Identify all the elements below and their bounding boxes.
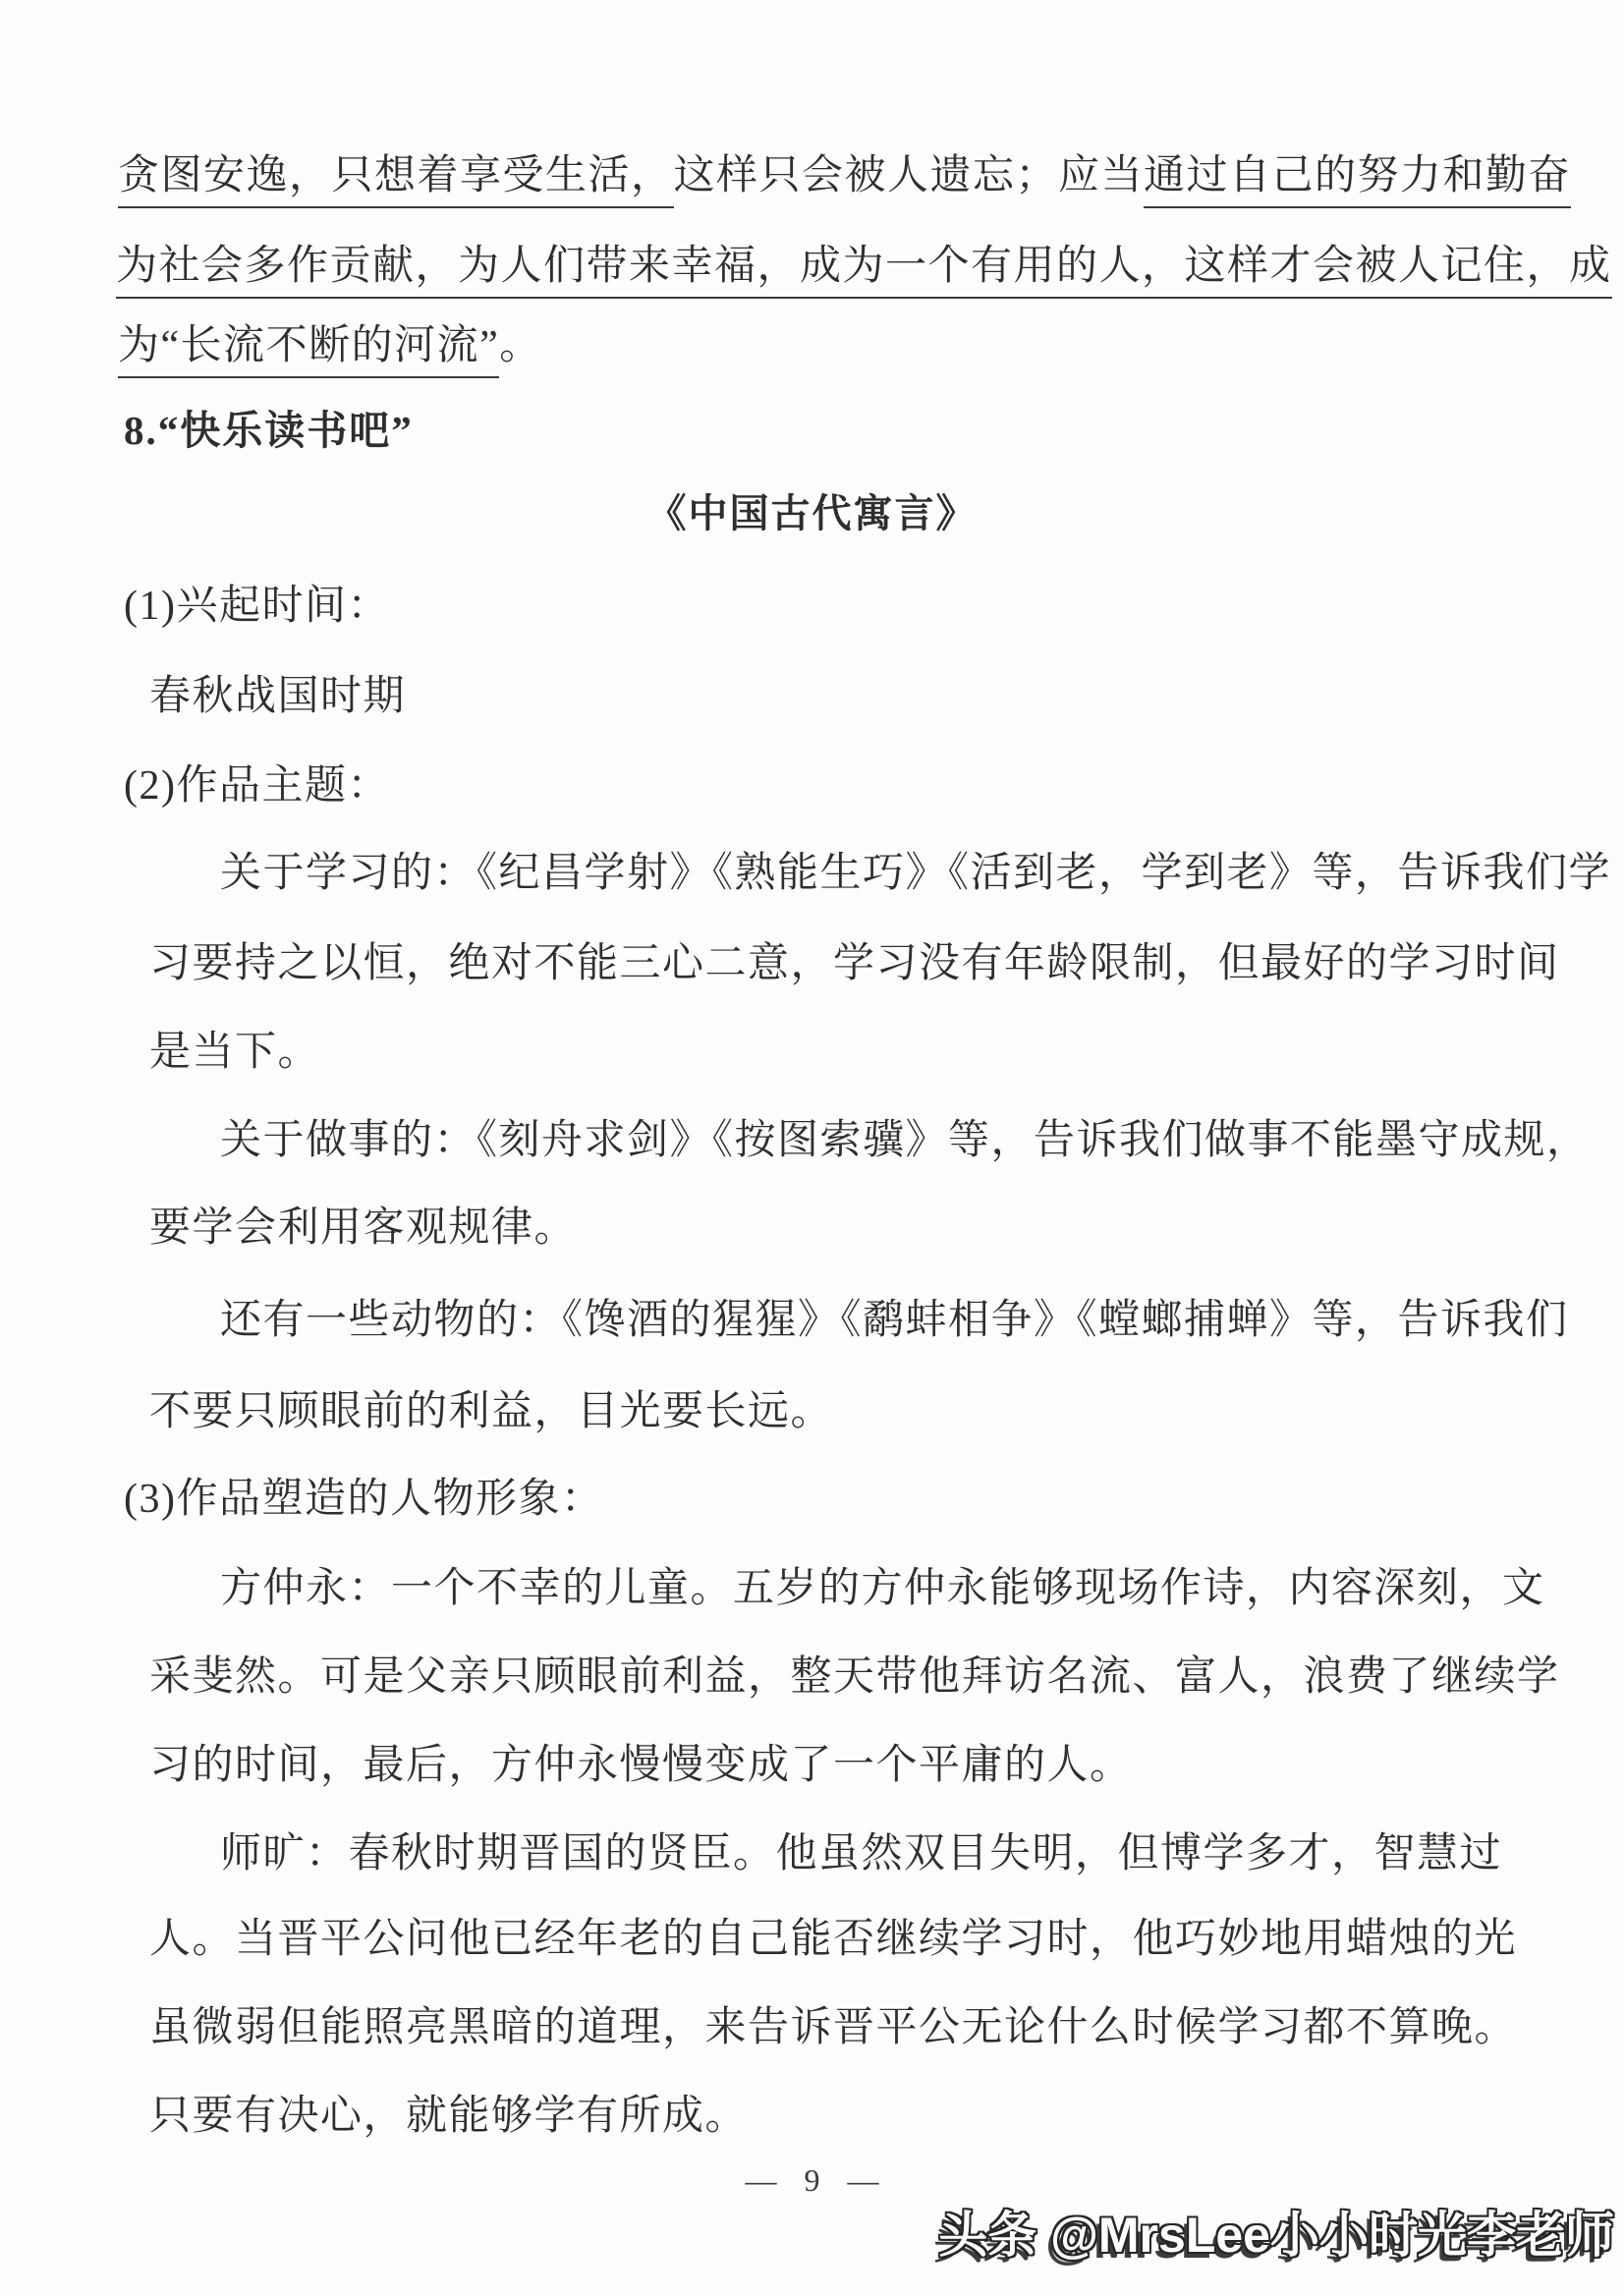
plain-text: 。 [499, 323, 542, 368]
answer-line: 不要只顾眼前的利益，目光要长远。 [149, 1391, 833, 1432]
answer-line: 只要有决心，就能够学有所成。 [149, 2096, 748, 2137]
answer-line: 虽微弱但能照亮黑暗的道理，来告诉晋平公无论什么时候学习都不算晚。 [149, 2007, 1517, 2048]
plain-text: 这样只会被人遗忘；应当 [674, 153, 1145, 198]
answer-line: 是当下。 [149, 1032, 320, 1073]
answer-line: 方仲永：一个不幸的儿童。五岁的方仲永能够现场作诗，内容深刻，文 [220, 1568, 1545, 1609]
scanned-page: 贪图安逸，只想着享受生活，这样只会被人遗忘；应当通过自己的努力和勤奋 为社会多作… [0, 0, 1624, 2296]
answer-line: 习要持之以恒，绝对不能三心二意，学习没有年龄限制，但最好的学习时间 [149, 943, 1560, 984]
answer-line: 为“长流不断的河流”。 [118, 325, 542, 366]
answer-line: 采斐然。可是父亲只顾眼前利益，整天带他拜访名流、富人，浪费了继续学 [149, 1656, 1560, 1698]
underlined-answer-text: 贪图安逸，只想着享受生活， [118, 153, 674, 208]
underlined-answer-text: 为社会多作贡献，为人们带来幸福，成为一个有用的人，这样才会被人记住，成 [116, 244, 1612, 299]
page-number: — 9 — [0, 2164, 1624, 2196]
question-label: (3)作品塑造的人物形象： [124, 1479, 603, 1520]
answer-line: 关于学习的：《纪昌学射》《熟能生巧》《活到老，学到老》等，告诉我们学 [220, 853, 1611, 894]
answer-line: 春秋战国时期 [149, 676, 406, 717]
section-heading: 8.“快乐读书吧” [124, 411, 414, 451]
question-label: (1)兴起时间： [124, 586, 390, 627]
answer-line: 师旷：春秋时期晋国的贤臣。他虽然双目失明，但博学多才，智慧过 [220, 1833, 1502, 1875]
question-label: (2)作品主题： [124, 765, 390, 807]
answer-line: 人。当晋平公问他已经年老的自己能否继续学习时，他巧妙地用蜡烛的光 [149, 1919, 1517, 1960]
underlined-answer-text: 为“长流不断的河流” [118, 323, 499, 378]
watermark: 头条 @MrsLee小小时光李老师 [938, 2206, 1614, 2265]
answer-line: 为社会多作贡献，为人们带来幸福，成为一个有用的人，这样才会被人记住，成 [116, 246, 1612, 287]
underlined-answer-text: 通过自己的努力和勤奋 [1144, 153, 1571, 208]
answer-line: 还有一些动物的：《馋酒的猩猩》《鹬蚌相争》《螳螂捕蝉》等，告诉我们 [220, 1300, 1569, 1341]
answer-line: 关于做事的：《刻舟求剑》《按图索骥》等，告诉我们做事不能墨守成规， [220, 1120, 1590, 1161]
answer-line: 要学会利用客观规律。 [149, 1207, 577, 1249]
answer-line: 贪图安逸，只想着享受生活，这样只会被人遗忘；应当通过自己的努力和勤奋 [118, 155, 1571, 196]
answer-line: 习的时间，最后，方仲永慢慢变成了一个平庸的人。 [149, 1745, 1133, 1786]
book-title: 《中国古代寓言》 [0, 494, 1624, 533]
